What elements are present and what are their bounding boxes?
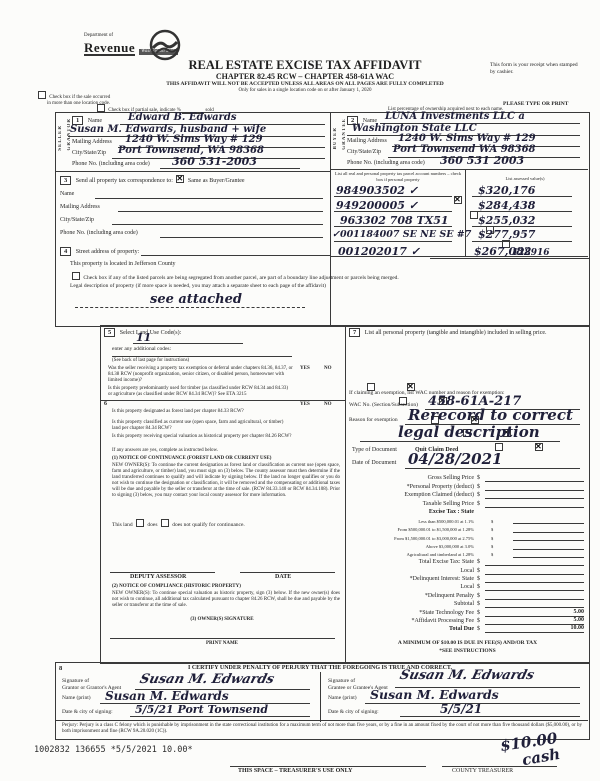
same-as-buyer-label: Same as Buyer/Grantee	[188, 178, 245, 184]
correspondence-row: 3 Send all property tax correspondence t…	[60, 175, 245, 185]
value-line-2	[472, 211, 572, 212]
dollar-2: $	[477, 492, 485, 499]
dollar-15: $	[477, 601, 485, 608]
street-address-label: Street address of property:	[76, 249, 139, 255]
deputy-date-label: DATE	[275, 574, 291, 581]
continuance-body: NEW OWNER(S): To continue the current de…	[112, 463, 340, 499]
grantor-signature: Susan M. Edwards	[138, 672, 276, 687]
tax-label-4: Excise Tax : State	[352, 509, 477, 516]
seller-name-value-1: Edward B. Edwards	[128, 112, 236, 123]
s5-q1-text: Was the seller receiving a property tax …	[108, 366, 293, 384]
qualify-row: This land does does not qualify for cont…	[112, 519, 245, 529]
tax-label-6: From $500,000.01 to $1,500,000 at 1.28%	[352, 527, 477, 533]
corr-phone-line	[160, 237, 323, 238]
tax-label-7: From $1,500,000.01 to $3,000,000 at 2.75…	[352, 536, 477, 542]
owner-signature-label: (3) OWNER(S) SIGNATURE	[112, 617, 332, 623]
date-of-document-line	[405, 468, 580, 469]
value-line-5	[430, 258, 590, 259]
tax-computation: Gross Selling Price$ *Personal Property …	[352, 474, 584, 633]
assessed-value-4: $277,957	[478, 228, 535, 241]
county-treasurer-line	[442, 766, 557, 767]
tax-amount-13	[485, 583, 584, 591]
grantor-date-line	[130, 716, 310, 717]
seller-phone-label: Phone No. (including area code)	[72, 161, 150, 168]
legal-description-label: Legal description of property (if more s…	[70, 283, 530, 290]
dollar-9: $	[477, 552, 513, 558]
s5-q2-text: Is this property predominantly used for …	[108, 386, 293, 398]
tax-row-rate2: From $500,000.01 to $1,500,000 at 1.28%$	[352, 524, 584, 532]
does-label: does	[147, 522, 157, 528]
date-of-document-value: 04/28/2021	[408, 450, 502, 468]
qualify-pre: This land	[112, 522, 133, 528]
tax-label-0: Gross Selling Price	[352, 475, 477, 482]
tax-amount-9	[513, 550, 584, 558]
tax-label-5: Less than $500,000.01 at 1.1%	[352, 519, 477, 525]
grantee-date-label: Date & city of signing:	[328, 709, 379, 716]
dollar-5: $	[477, 519, 513, 525]
scanned-affidavit-page: Department of Revenue Washington State R…	[0, 0, 600, 781]
seller-address-value: 1240 W. Sims Way # 129	[125, 134, 263, 145]
land-use-code-line	[133, 343, 243, 344]
perjury-text: Perjury: Perjury is a class C felony whi…	[62, 723, 582, 735]
property-section-number: 4	[60, 247, 71, 256]
reason-label: Reason for exemption	[349, 417, 398, 424]
tax-label-17: *Affidavit Processing Fee	[352, 618, 477, 625]
seller-city-label: City/State/Zip	[72, 150, 106, 157]
tax-row-delinq-interest: *Delinquent Interest: State$	[352, 575, 584, 583]
additional-codes-label: enter any additional codes:	[112, 346, 171, 353]
perjury-top-line	[55, 720, 588, 721]
deputy-assessor-label: DEPUTY ASSESSOR	[130, 574, 186, 581]
correspondence-section-number: 3	[60, 176, 71, 185]
margin-note: 128916	[512, 248, 550, 258]
tax-row-rate3: From $1,500,000.01 to $3,000,000 at 2.75…	[352, 533, 584, 541]
dollar-8: $	[477, 544, 513, 550]
seller-box-bottom	[55, 171, 330, 172]
tax-row-local2: Local$	[352, 583, 584, 591]
tax-label-8: Above $3,000,000 at 3.0%	[352, 544, 477, 550]
type-of-document-label: Type of Document	[352, 447, 397, 454]
tax-amount-12	[485, 575, 584, 583]
multi-location-label-1: Check box if the sale occurred	[49, 95, 110, 100]
value-line-1	[472, 196, 572, 197]
grantor-date-value: 5/5/21 Port Townsend	[135, 703, 268, 716]
dollar-14: $	[477, 593, 485, 600]
divider-1-2	[330, 112, 331, 325]
reason-line-2	[360, 441, 560, 442]
compliance-title: (2) NOTICE OF COMPLIANCE (HISTORIC PROPE…	[112, 584, 342, 590]
back-note: (See back of last page for instructions)	[112, 358, 189, 364]
tax-label-10: Total Excise Tax: State	[352, 559, 477, 566]
value-line-4	[472, 241, 572, 242]
tax-row-exemption: Exemption Claimed (deduct)$	[352, 491, 584, 499]
corr-name-line	[95, 198, 323, 199]
tax-amount-8	[513, 542, 584, 550]
tax-row-tech-fee: *State Technology Fee$5.00	[352, 608, 584, 616]
corr-name-label: Name	[60, 191, 74, 198]
dor-swirl-icon	[148, 28, 182, 62]
form-note: Only for sales in a single location code…	[170, 88, 440, 94]
tax-label-16: *State Technology Fee	[352, 610, 477, 617]
grantee-print-value: Susan M. Edwards	[370, 687, 499, 702]
reason-value-1: Rerecord to correct	[408, 406, 573, 424]
seller-side-label-1: SELLER	[58, 125, 63, 151]
dollar-12: $	[477, 576, 485, 583]
tax-row-rate1: Less than $500,000.01 at 1.1%$	[352, 516, 584, 524]
parcel-value-divider	[465, 170, 466, 256]
located-in-text: This property is located in Jefferson Co…	[70, 261, 176, 268]
tax-label-12: *Delinquent Interest: State	[352, 576, 477, 583]
s6-q2-text: Is this property classified as current u…	[112, 420, 292, 432]
street-address-row: 4 Street address of property:	[60, 247, 331, 256]
dollar-13: $	[477, 584, 485, 591]
does-not-label: does not qualify for continuance.	[172, 522, 245, 528]
type-or-print-note: PLEASE TYPE OR PRINT	[503, 101, 568, 108]
form-title: REAL ESTATE EXCISE TAX AFFIDAVIT	[140, 58, 470, 73]
s5-s6-divider	[100, 400, 345, 401]
buyer-side-label-1: BUYER	[333, 127, 338, 150]
value-line-3	[472, 226, 572, 227]
additional-codes-line	[112, 356, 292, 357]
tax-row-personal: *Personal Property (deduct)$	[352, 482, 584, 490]
treasurer-space-label: THIS SPACE – TREASURER'S USE ONLY	[238, 768, 352, 775]
land-use-section-number: 5	[104, 328, 115, 337]
tax-label-1: *Personal Property (deduct)	[352, 484, 477, 491]
tax-row-local1: Local$	[352, 566, 584, 574]
s5-no-header: NO	[324, 366, 332, 372]
parcel-number-4: ✓001184007 SE NE SE #7	[332, 229, 471, 240]
dollar-6: $	[477, 527, 513, 533]
parcel-line-2	[334, 211, 452, 212]
deputy-date-line	[240, 572, 335, 573]
s6-no-header: NO	[324, 402, 332, 408]
logo-revenue-text: Revenue	[84, 41, 135, 56]
tax-amount-14	[485, 592, 584, 600]
does-not-checkbox[interactable]	[161, 519, 169, 527]
deputy-sig-line	[110, 572, 215, 573]
tax-amount-0	[485, 474, 584, 482]
corr-city-label: City/State/Zip	[60, 217, 94, 224]
s6-note: If any answers are yes, complete as inst…	[112, 448, 218, 454]
tax-row-subtotal: Subtotal$	[352, 600, 584, 608]
print-name-label: PRINT NAME	[112, 641, 332, 647]
grantee-date-line	[400, 716, 580, 717]
segregated-label: Check box if any of the listed parcels a…	[83, 275, 398, 281]
grantee-print-label: Name (print)	[328, 695, 357, 702]
segregated-checkbox[interactable]	[72, 272, 80, 280]
tax-amount-2	[485, 491, 584, 499]
tax-amount-6	[513, 525, 584, 533]
s6-q1-text: Is this property designated as forest la…	[112, 409, 292, 415]
tax-amount-16: 5.00	[485, 609, 584, 617]
s6-q3-no-checkbox[interactable]	[535, 443, 543, 451]
legal-description-value: see attached	[150, 292, 242, 307]
reason-value-2: legal description	[398, 423, 540, 441]
buyer-city-label: City/State/Zip	[347, 149, 381, 156]
grantee-date-value: 5/5/21	[440, 702, 482, 716]
s6-section-number: 6	[104, 401, 107, 408]
tax-amount-17: 5.00	[485, 617, 584, 625]
parcel-line-1	[334, 196, 452, 197]
tax-label-14: *Delinquent Penalty	[352, 593, 477, 600]
corr-city-line	[112, 224, 323, 225]
date-of-document-label: Date of Document	[352, 460, 396, 467]
parcel-header-1: List all real and personal property tax …	[335, 171, 446, 176]
parcel-personal-checkbox-2[interactable]	[470, 211, 478, 219]
grantor-date-label: Date & city of signing:	[62, 709, 113, 716]
tax-row-taxable: Taxable Selling Price$	[352, 499, 584, 507]
tax-row-excise-header: Excise Tax : State	[352, 508, 584, 516]
correspondence-label: Send all property tax correspondence to:	[76, 178, 173, 184]
tax-amount-1	[485, 483, 584, 491]
buyer-box-bottom	[330, 169, 588, 170]
buyer-side-label: BUYER GRANTEE	[333, 118, 347, 155]
parcel-header: List all real and personal property tax …	[334, 171, 462, 182]
assessed-header: List assessed value(s)	[470, 176, 580, 182]
buyer-address-value: 1240 W. Sims Way # 129	[398, 133, 536, 144]
corr-address-label: Mailing Address	[60, 204, 100, 211]
street-address-line	[141, 248, 331, 256]
county-treasurer-label: COUNTY TREASURER	[452, 768, 513, 775]
receipt-note: This form is your receipt when stamped b…	[490, 62, 580, 75]
tax-label-9: Agricultural and timberland at 1.28%	[352, 552, 477, 558]
buyer-phone-value: 360 531 2003	[440, 154, 524, 167]
parcel-line-4	[334, 241, 452, 242]
parcel-personal-checkbox-1[interactable]	[454, 196, 462, 204]
seller-address-label: Mailing Address	[72, 139, 112, 146]
grantee-signature: Susan M. Edwards	[398, 668, 536, 683]
buyer-name-value-1: LUNA Investments LLC a	[385, 111, 525, 122]
tax-row-rate4: Above $3,000,000 at 3.0%$	[352, 541, 584, 549]
tax-amount-7	[513, 533, 584, 541]
tax-amount-3	[485, 500, 584, 508]
tax-amount-10	[485, 558, 584, 566]
dollar-0: $	[477, 475, 485, 482]
dollar-16: $	[477, 610, 485, 617]
tax-row-gross: Gross Selling Price$	[352, 474, 584, 482]
tax-row-total-state: Total Excise Tax: State$	[352, 558, 584, 566]
parcel-line-3	[334, 226, 452, 227]
parcel-number-5: 001202017 ✓	[338, 245, 420, 258]
tax-amount-18: 10.00	[485, 625, 584, 633]
minimum-note-2: *SEE INSTRUCTIONS	[350, 648, 585, 655]
dollar-3: $	[477, 501, 485, 508]
corr-phone-label: Phone No. (including area code)	[60, 230, 138, 237]
tax-amount-11	[485, 567, 584, 575]
tax-row-total-due: Total Due$10.00	[352, 625, 584, 633]
dollar-1: $	[477, 484, 485, 491]
dollar-7: $	[477, 536, 513, 542]
grantor-print-label: Name (print)	[62, 695, 91, 702]
tax-label-11: Local	[352, 568, 477, 575]
seller-phone-value: 360 531-2003	[172, 155, 257, 168]
segregated-row: Check box if any of the listed parcels a…	[70, 272, 510, 282]
personal-property-row: 7 List all personal property (tangible a…	[349, 328, 579, 337]
form-subtitle: CHAPTER 82.45 RCW – CHAPTER 458-61A WAC	[140, 72, 470, 81]
does-checkbox[interactable]	[136, 519, 144, 527]
tax-label-13: Local	[352, 584, 477, 591]
s7-section-number: 7	[349, 328, 360, 337]
tax-row-delinq-penalty: *Delinquent Penalty$	[352, 591, 584, 599]
tax-row-affidavit-fee: *Affidavit Processing Fee$5.00	[352, 617, 584, 625]
tax-label-2: Exemption Claimed (deduct)	[352, 492, 477, 499]
minimum-note-1: A MINIMUM OF $10.00 IS DUE IN FEE(S) AND…	[350, 640, 585, 647]
print-name-line	[110, 638, 335, 639]
seller-phone-line	[160, 168, 300, 169]
tax-row-rate5: Agricultural and timberland at 1.28%$	[352, 550, 584, 558]
certify-section-number: 8	[59, 665, 62, 673]
tax-label-18: Total Due	[352, 626, 477, 633]
multi-location-checkbox[interactable]	[38, 91, 46, 99]
grantor-print-value: Susan M. Edwards	[105, 689, 229, 703]
buyer-phone-label: Phone No. (including area code)	[347, 160, 425, 167]
dollar-11: $	[477, 568, 485, 575]
tax-amount-5	[513, 516, 584, 524]
dollar-17: $	[477, 618, 485, 625]
dollar-10: $	[477, 559, 485, 566]
s7-text: List all personal property (tangible and…	[365, 330, 547, 336]
s6-yes-header: YES	[300, 402, 310, 408]
corr-address-line	[118, 211, 323, 212]
s6-q3-text: Is this property receiving special valua…	[112, 434, 292, 440]
divider-5-7	[345, 325, 346, 662]
dollar-18: $	[477, 626, 485, 633]
tax-amount-15	[485, 600, 584, 608]
treasurer-space-line	[230, 766, 426, 767]
legal-description-line	[75, 307, 305, 308]
form-warning: THIS AFFIDAVIT WILL NOT BE ACCEPTED UNLE…	[110, 81, 500, 88]
compliance-body: NEW OWNER(S): To continue special valuat…	[112, 591, 340, 609]
buyer-address-label: Mailing Address	[347, 138, 387, 145]
tax-label-15: Subtotal	[352, 601, 477, 608]
partial-sale-checkbox[interactable]	[97, 104, 105, 112]
s5-yes-header: YES	[300, 366, 310, 372]
tax-label-3: Taxable Selling Price	[352, 501, 477, 508]
continuance-title: (1) NOTICE OF CONTINUANCE (FOREST LAND O…	[112, 456, 342, 462]
cashier-receipt-line: 1002832 136655 *5/5/2021 10.00*	[34, 745, 193, 755]
certify-divider	[320, 672, 321, 722]
same-as-buyer-checkbox[interactable]	[176, 175, 184, 183]
